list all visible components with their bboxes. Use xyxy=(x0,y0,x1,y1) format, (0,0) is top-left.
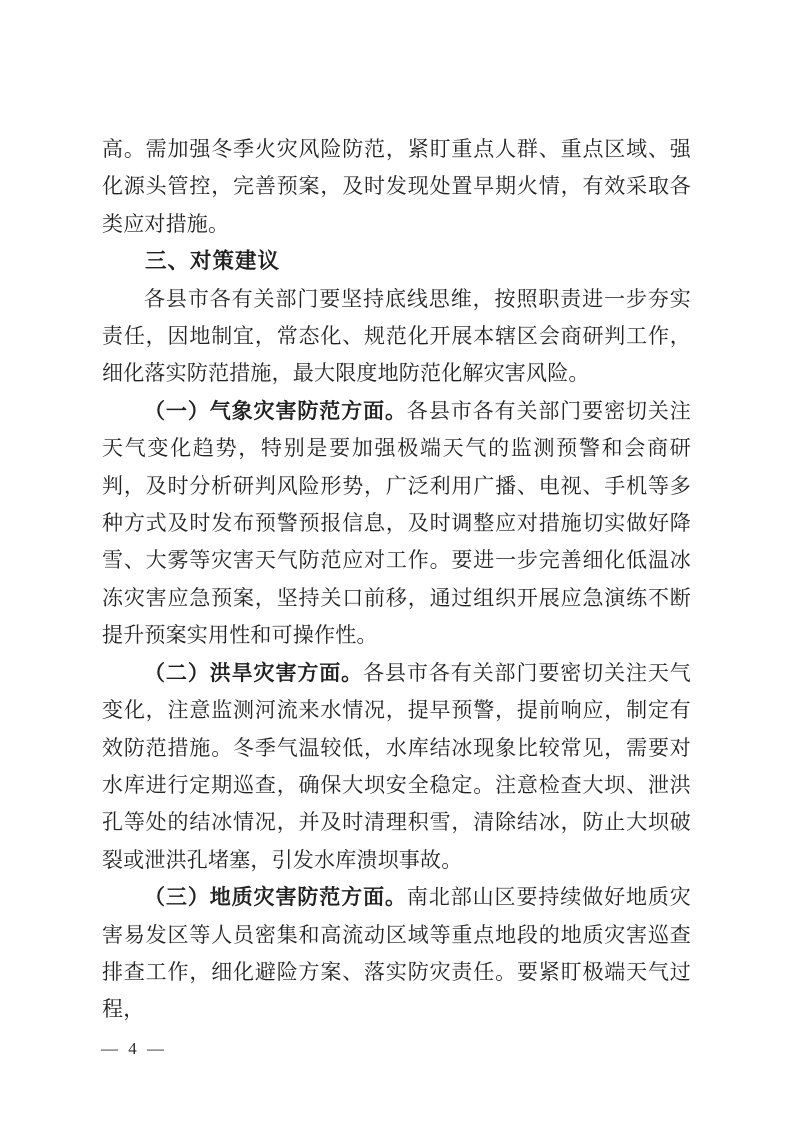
subsection-lead-meteorological: （一）气象灾害防范方面。 xyxy=(144,399,407,423)
subsection-lead-geological: （三）地质灾害防范方面。 xyxy=(144,885,407,909)
subsection-text-meteorological: 各县市各有关部门要密切关注天气变化趋势，特别是要加强极端天气的监测预警和会商研判… xyxy=(102,399,691,647)
section-heading: 三、对策建议 xyxy=(102,243,691,280)
paragraph-continuation: 高。需加强冬季火灾风险防范，紧盯重点人群、重点区域、强化源头管控，完善预案，及时… xyxy=(102,131,691,243)
subsection-lead-flood-drought: （二）洪旱灾害方面。 xyxy=(144,661,363,685)
subsection-text-flood-drought: 各县市各有关部门要密切关注天气变化，注意监测河流来水情况，提早预警，提前响应，制… xyxy=(102,661,691,872)
paragraph-flood-drought: （二）洪旱灾害方面。各县市各有关部门要密切关注天气变化，注意监测河流来水情况，提… xyxy=(102,655,691,879)
paragraph-geological: （三）地质灾害防范方面。南北部山区要持续做好地质灾害易发区等人员密集和高流动区域… xyxy=(102,879,691,1029)
paragraph-meteorological: （一）气象灾害防范方面。各县市各有关部门要密切关注天气变化趋势，特别是要加强极端… xyxy=(102,393,691,655)
paragraph-intro: 各县市各有关部门要坚持底线思维，按照职责进一步夯实责任，因地制宜，常态化、规范化… xyxy=(102,281,691,393)
page-number: — 4 — xyxy=(101,1038,167,1060)
document-page: 高。需加强冬季火灾风险防范，紧盯重点人群、重点区域、强化源头管控，完善预案，及时… xyxy=(0,0,793,1122)
